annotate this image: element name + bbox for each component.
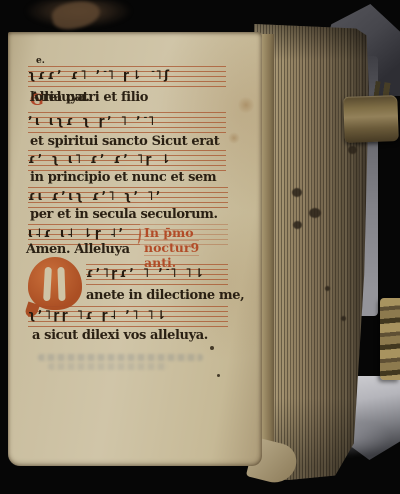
fore-edge-speck <box>325 286 330 291</box>
parchment-stain <box>228 132 240 144</box>
music-staff-1: ʅɾɾʼ ɾ˥ ʼ˥˥ ɼ⇂ ˥˥ʃ <box>28 66 226 88</box>
text-line-5: Amen. Alleluya <box>26 242 130 257</box>
text-line-3: in principio et nunc et sem <box>30 170 216 185</box>
fore-edge-speck <box>341 316 346 321</box>
neumes-line-6: ɾʼ˥ɼɾʼ ˥ ʼ˥˥ ˥⇂ <box>86 266 207 280</box>
parchment-stain <box>238 96 254 114</box>
text-line-7: a sicut dilexi vos alleluya. <box>32 328 208 343</box>
neumes-line-3: ɾʼ ʅ ι˥ ɾʼ ɾʼ ˥ɼ ⇂ <box>28 152 173 166</box>
show-through-text-smudge <box>48 363 168 370</box>
text-line-4: per et in secula seculorum. <box>30 207 218 222</box>
ink-dot <box>210 346 214 350</box>
neumes-line-1: ʅɾɾʼ ɾ˥ ʼ˥˥ ɼ⇂ ˥˥ʃ <box>28 68 172 82</box>
ink-dot <box>217 374 220 377</box>
rubric-line-1: In p̄mo <box>144 226 199 241</box>
clasp-strap <box>343 95 399 143</box>
text-line-1-post: loria patri et filio <box>30 90 148 105</box>
neumes-line-2: ʼι ιʅɾ ʅ ɼʼ ˥ ʼ˥˥ <box>28 114 157 128</box>
fore-edge-stud <box>292 188 302 197</box>
show-through-text-smudge <box>38 354 203 361</box>
initial-m-slit <box>57 267 65 301</box>
clasp-fitting-lower <box>380 298 400 380</box>
manuscript-photo: e. ʅɾɾʼ ɾ˥ ʼ˥˥ ɼ⇂ ˥˥ʃ Alleluya. Gloria p… <box>0 0 400 494</box>
music-staff-4: ɾι ɾʼιʅ ɾʼ˥ ʅʼ ˥ʼ <box>28 187 228 209</box>
music-staff-2: ʼι ιʅɾ ʅ ɼʼ ˥ ʼ˥˥ <box>28 112 226 134</box>
neumes-line-5: ι˨ɾ ι˨ ⇂ɼ ˨ʼ <box>28 226 126 240</box>
rubric-line-2: noctur9 <box>144 241 199 256</box>
manuscript-page: e. ʅɾɾʼ ɾ˥ ʼ˥˥ ɼ⇂ ˥˥ʃ Alleluya. Gloria p… <box>8 32 262 466</box>
music-staff-3: ɾʼ ʅ ι˥ ɾʼ ɾʼ ˥ɼ ⇂ <box>28 150 226 172</box>
text-line-6: anete in dilectione me, <box>86 288 244 303</box>
text-line-2: et spiritui sancto Sicut erat <box>30 134 219 149</box>
neumes-line-4: ɾι ɾʼιʅ ɾʼ˥ ʅʼ ˥ʼ <box>28 189 163 203</box>
neumes-line-7: ʅʼ˥ɼɼ ˥ɾ ɼ˨ ʼ˥ ˥⇂ <box>28 308 169 322</box>
music-staff-6: ɾʼ˥ɼɾʼ ˥ ʼ˥˥ ˥⇂ <box>86 264 228 286</box>
fore-edge-stud <box>293 221 302 229</box>
fore-edge-stud <box>348 146 357 154</box>
music-staff-7: ʅʼ˥ɼɼ ˥ɾ ɼ˨ ʼ˥ ˥⇂ <box>28 306 228 328</box>
marginal-letter: e. <box>36 56 45 66</box>
fore-edge-stud <box>309 208 321 218</box>
